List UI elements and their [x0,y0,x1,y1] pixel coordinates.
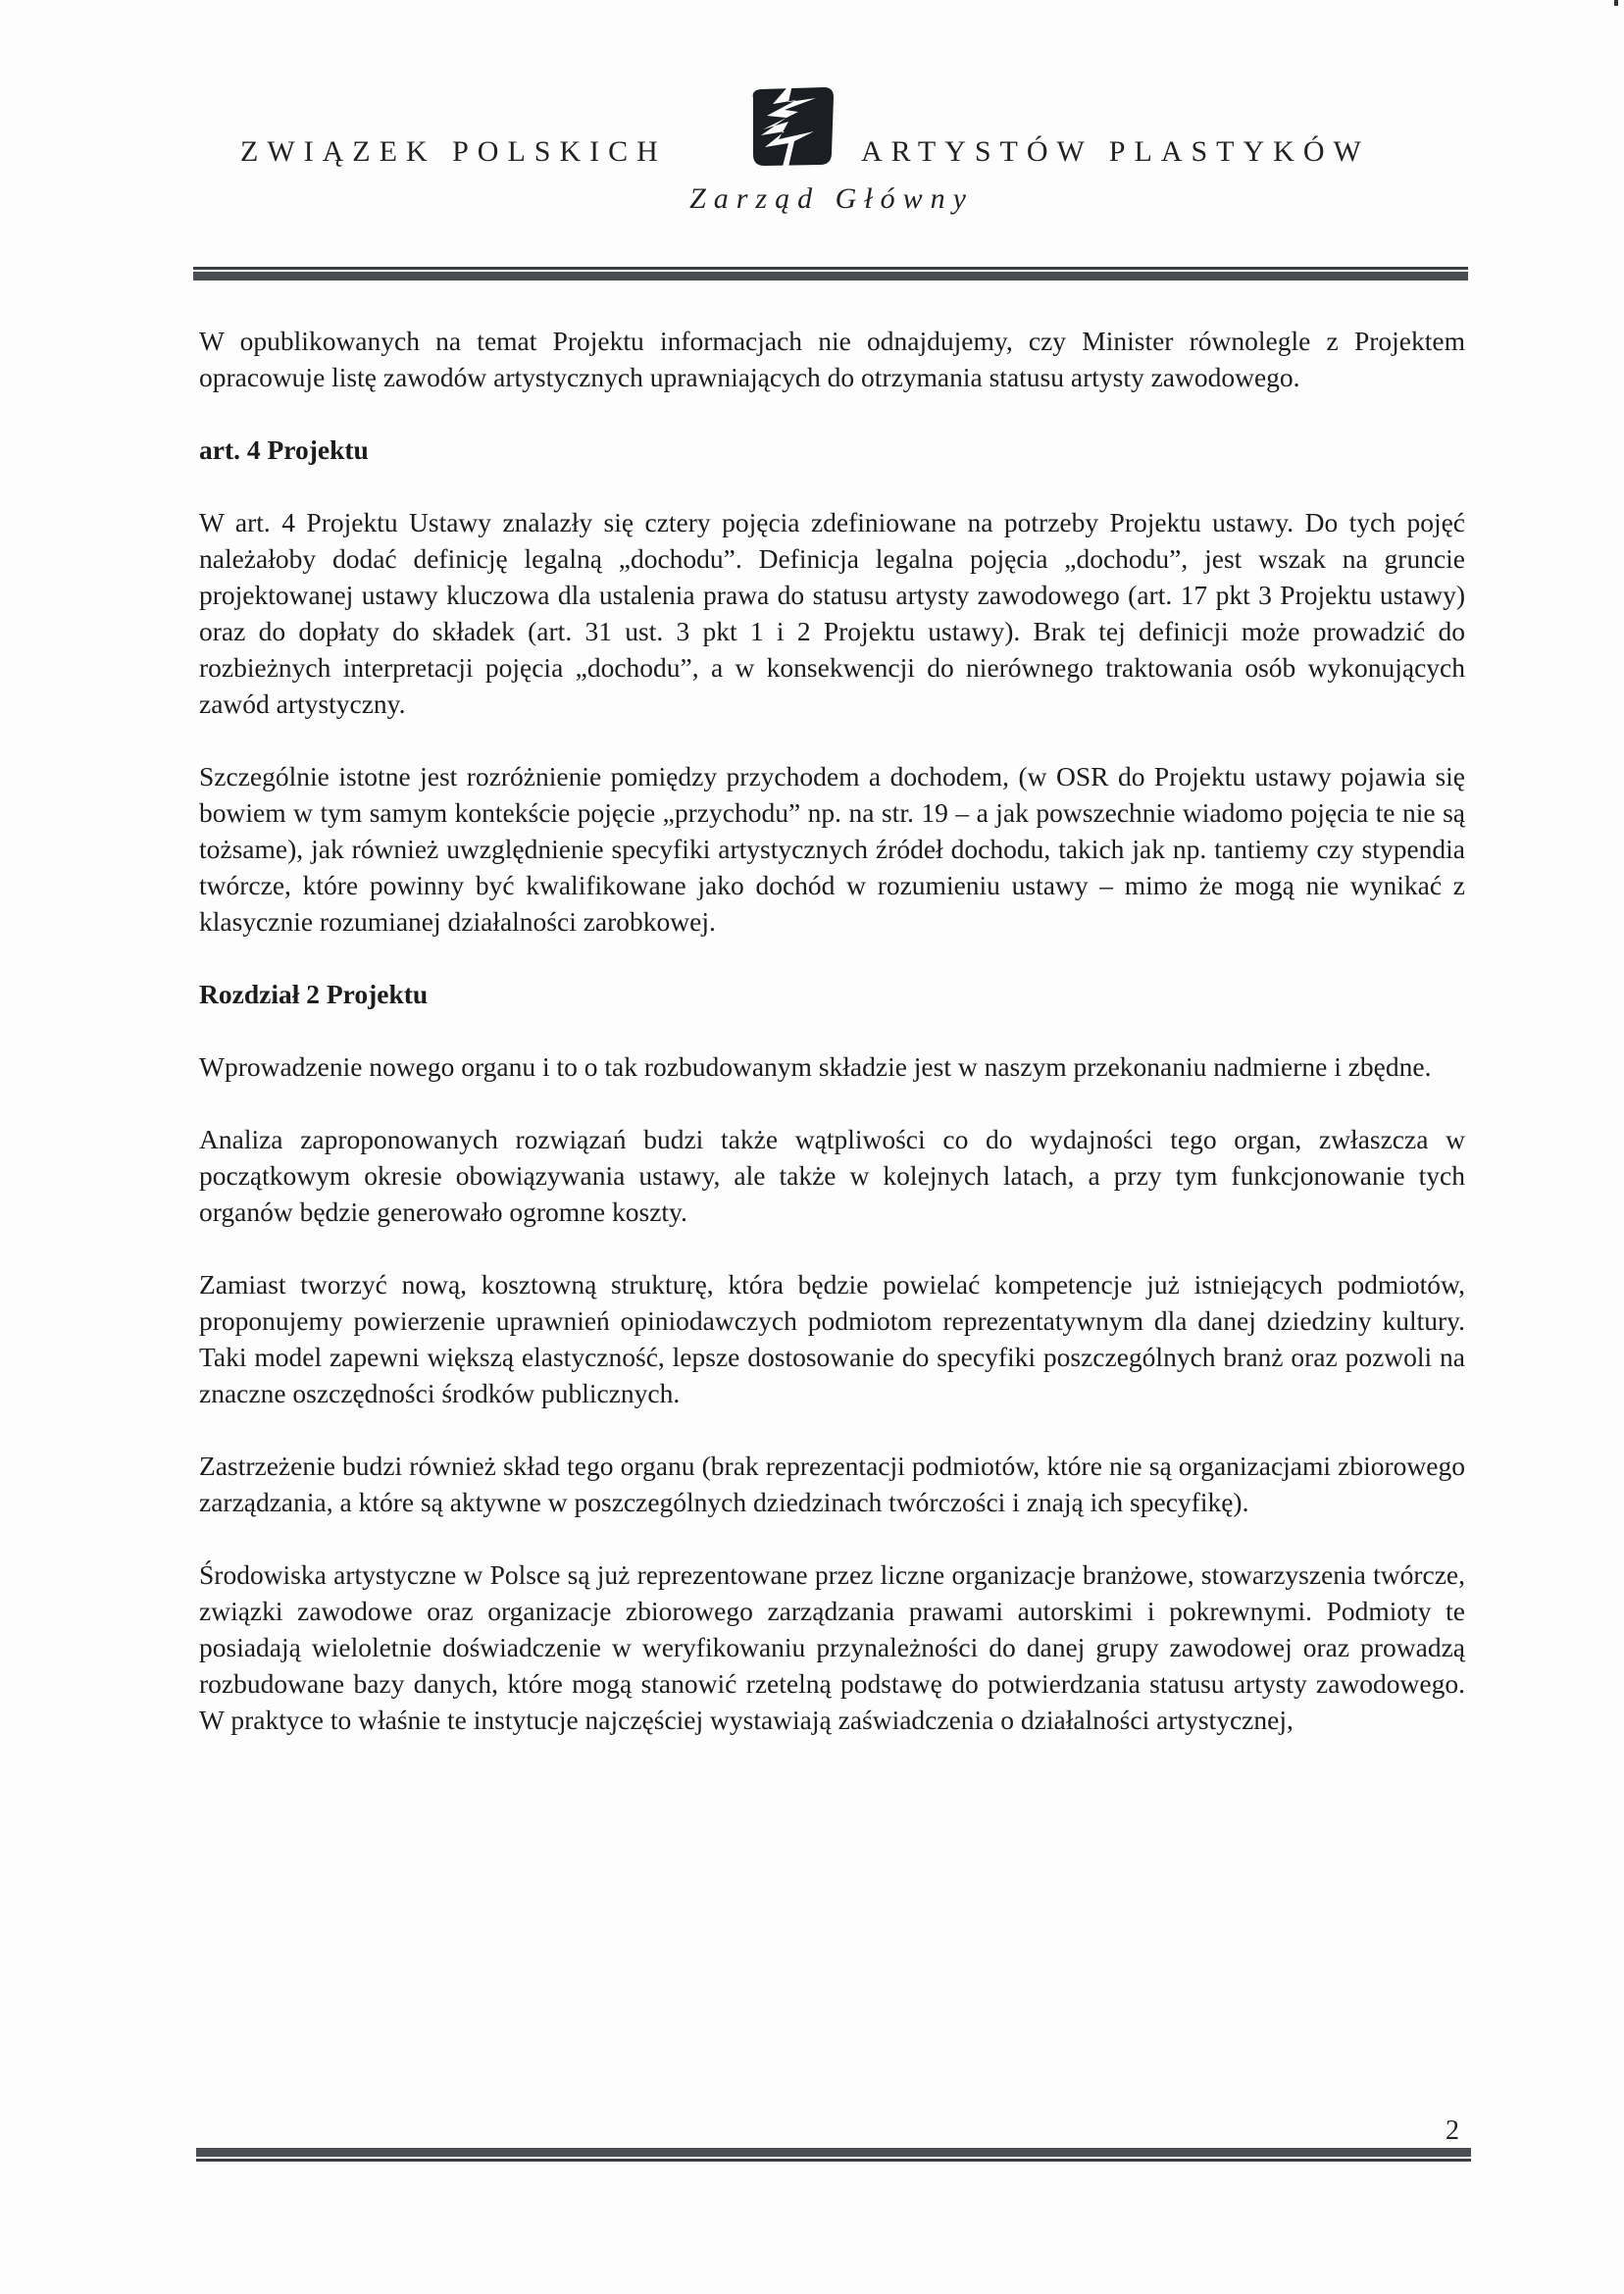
letterhead-subtitle: Zarząd Główny [0,182,1624,216]
page-number: 2 [1446,2116,1459,2147]
paragraph: Środowiska artystyczne w Polsce są już r… [199,1556,1465,1738]
paragraph: Wprowadzenie nowego organu i to o tak ro… [199,1048,1465,1085]
paragraph: Analiza zaproponowanych rozwiązań budzi … [199,1121,1465,1230]
paragraph: Zastrzeżenie budzi również skład tego or… [199,1448,1465,1520]
zpap-logo-icon [745,84,839,169]
footer-rule [196,2148,1471,2162]
paragraph: W opublikowanych na temat Projektu infor… [199,323,1465,395]
section-heading: Rozdział 2 Projektu [199,976,1465,1012]
paragraph: W art. 4 Projektu Ustawy znalazły się cz… [199,504,1465,722]
header-rule [193,267,1468,280]
document-body: W opublikowanych na temat Projektu infor… [199,323,1465,1774]
paragraph: Zamiast tworzyć nową, kosztowną struktur… [199,1266,1465,1411]
letterhead-org-left: ZWIĄZEK POLSKICH [240,135,667,169]
paragraph: Szczególnie istotne jest rozróżnienie po… [199,758,1465,940]
document-page: ZWIĄZEK POLSKICH ARTYSTÓW PLASTYKÓW Zarz… [0,0,1624,2294]
scan-mark [1614,0,1618,6]
section-heading: art. 4 Projektu [199,432,1465,468]
letterhead-org-right: ARTYSTÓW PLASTYKÓW [861,135,1370,169]
